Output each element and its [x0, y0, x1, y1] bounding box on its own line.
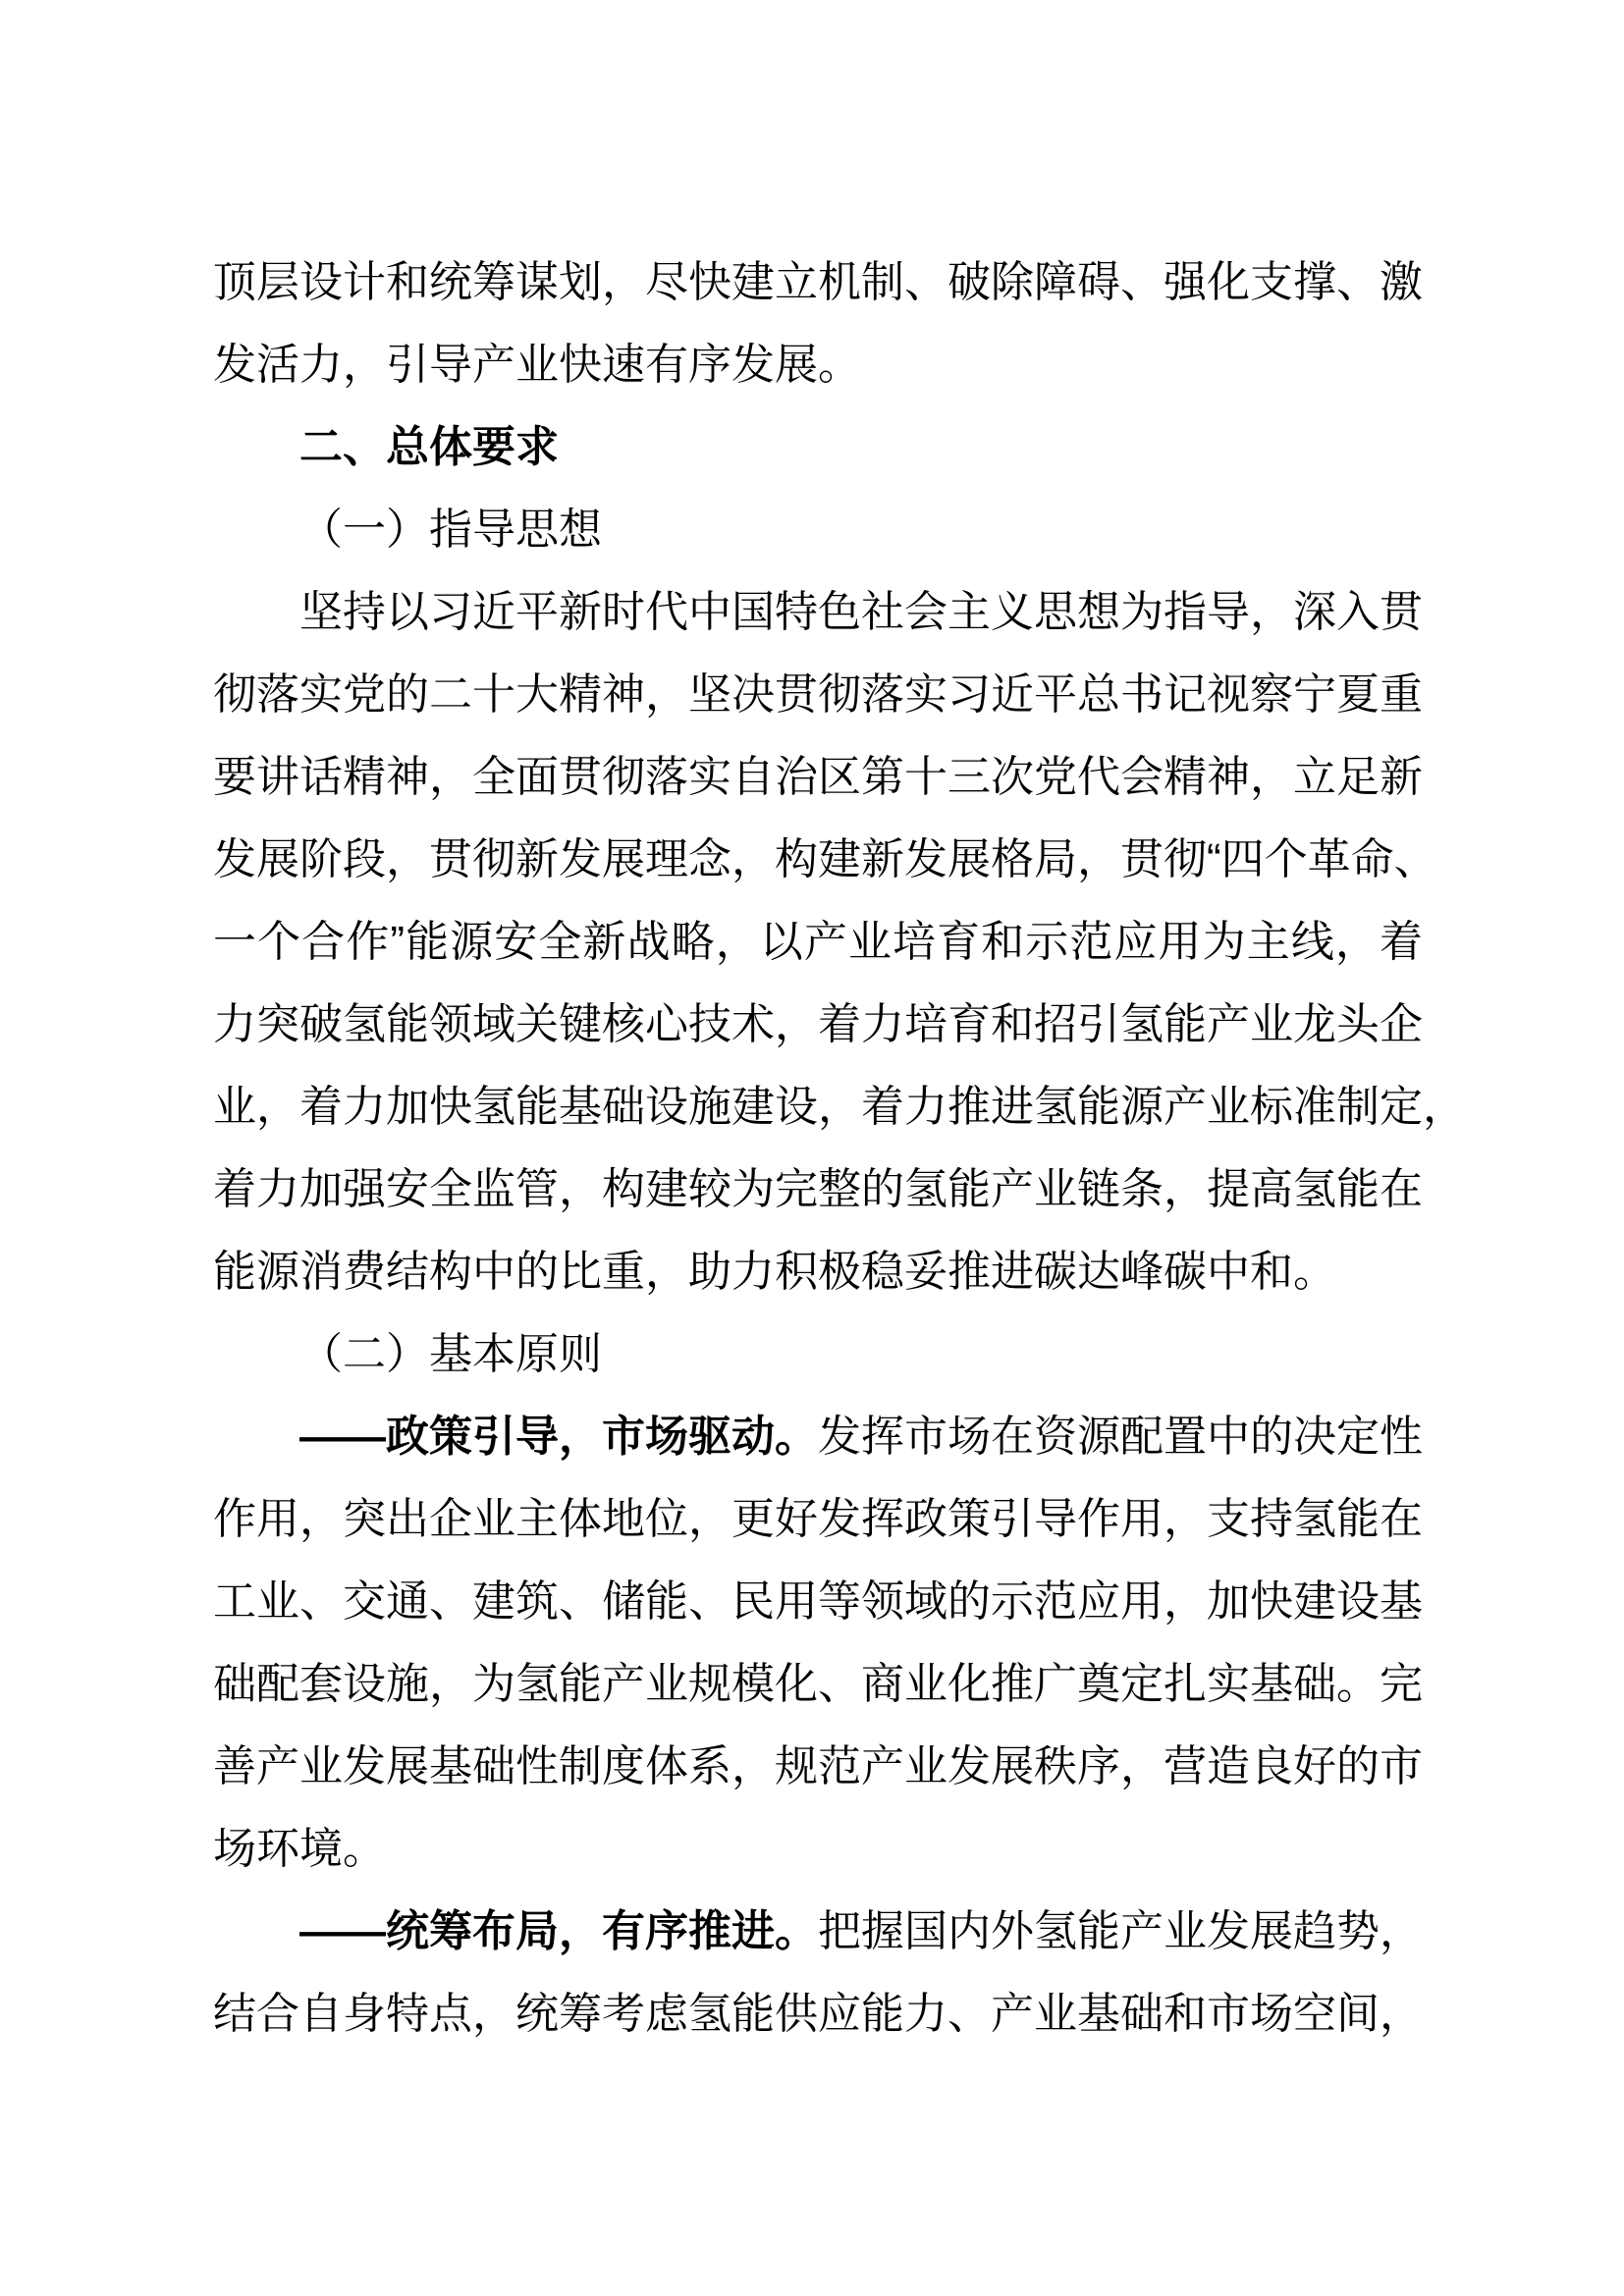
text-line: 力突破氢能领域关键核心技术，着力培育和招引氢能产业龙头企 — [213, 984, 1423, 1066]
text-run: 发展阶段，贯彻新发展理念，构建新发展格局，贯彻“四个革命、 — [213, 835, 1437, 883]
text-line: 要讲话精神，全面贯彻落实自治区第十三次党代会精神，立足新 — [213, 736, 1423, 819]
text-line: 善产业发展基础性制度体系，规范产业发展秩序，营造良好的市 — [213, 1726, 1423, 1808]
text-run: 坚持以习近平新时代中国特色社会主义思想为指导，深入贯 — [299, 588, 1423, 636]
text-line: 础配套设施，为氢能产业规模化、商业化推广奠定扎实基础。完 — [213, 1643, 1423, 1726]
heading-basic-principles: （二）基本原则 — [213, 1313, 1423, 1396]
document-page: { "page": { "background": "#ffffff", "te… — [0, 0, 1624, 2296]
text-line: 结合自身特点，统筹考虑氢能供应能力、产业基础和市场空间， — [213, 1973, 1423, 2056]
text-line: ——统筹布局，有序推进。把握国内外氢能产业发展趋势， — [213, 1891, 1423, 1973]
text-line: 着力加强安全监管，构建较为完整的氢能产业链条，提高氢能在 — [213, 1148, 1423, 1231]
text-run: 业，着力加快氢能基础设施建设，着力推进氢能源产业标准制定， — [213, 1083, 1466, 1131]
para-guiding-ideology: 坚持以习近平新时代中国特色社会主义思想为指导，深入贯彻落实党的二十大精神，坚决贯… — [213, 571, 1423, 1313]
text-run: 顶层设计和统筹谋划，尽快建立机制、破除障碍、强化支撑、激 — [213, 258, 1423, 306]
text-line: 作用，突出企业主体地位，更好发挥政策引导作用，支持氢能在 — [213, 1478, 1423, 1561]
text-run: ——政策引导，市场驱动。 — [299, 1413, 818, 1461]
para-policy-guidance-market-driven: ——政策引导，市场驱动。发挥市场在资源配置中的决定性作用，突出企业主体地位，更好… — [213, 1396, 1423, 1891]
text-line: ——政策引导，市场驱动。发挥市场在资源配置中的决定性 — [213, 1396, 1423, 1478]
text-line: 二、总体要求 — [213, 406, 1423, 489]
text-run: 发挥市场在资源配置中的决定性 — [818, 1413, 1423, 1461]
text-run: 力突破氢能领域关键核心技术，着力培育和招引氢能产业龙头企 — [213, 1000, 1423, 1048]
text-run: 能源消费结构中的比重，助力积极稳妥推进碳达峰碳中和。 — [213, 1248, 1336, 1296]
text-line: （二）基本原则 — [213, 1313, 1423, 1396]
text-run: 场环境。 — [213, 1825, 386, 1873]
text-run: ——统筹布局，有序推进。 — [299, 1907, 818, 1955]
text-line: 工业、交通、建筑、储能、民用等领域的示范应用，加快建设基 — [213, 1561, 1423, 1643]
text-line: 顶层设计和统筹谋划，尽快建立机制、破除障碍、强化支撑、激 — [213, 241, 1423, 324]
text-run: 础配套设施，为氢能产业规模化、商业化推广奠定扎实基础。完 — [213, 1660, 1423, 1708]
text-run: （一）指导思想 — [299, 506, 602, 554]
text-run: （二）基本原则 — [299, 1330, 602, 1378]
text-line: 业，着力加快氢能基础设施建设，着力推进氢能源产业标准制定， — [213, 1066, 1423, 1148]
para-top-design-carryover: 顶层设计和统筹谋划，尽快建立机制、破除障碍、强化支撑、激发活力，引导产业快速有序… — [213, 241, 1423, 406]
para-coordinated-layout-orderly-advance: ——统筹布局，有序推进。把握国内外氢能产业发展趋势，结合自身特点，统筹考虑氢能供… — [213, 1891, 1423, 2056]
text-run: 发活力，引导产业快速有序发展。 — [213, 341, 861, 389]
text-run: 二、总体要求 — [299, 423, 559, 471]
text-run: 工业、交通、建筑、储能、民用等领域的示范应用，加快建设基 — [213, 1577, 1423, 1626]
text-line: 能源消费结构中的比重，助力积极稳妥推进碳达峰碳中和。 — [213, 1231, 1423, 1313]
text-line: 发活力，引导产业快速有序发展。 — [213, 324, 1423, 406]
text-line: 场环境。 — [213, 1808, 1423, 1891]
document-text-block: 顶层设计和统筹谋划，尽快建立机制、破除障碍、强化支撑、激发活力，引导产业快速有序… — [213, 241, 1423, 2056]
text-line: 彻落实党的二十大精神，坚决贯彻落实习近平总书记视察宁夏重 — [213, 654, 1423, 736]
text-line: 坚持以习近平新时代中国特色社会主义思想为指导，深入贯 — [213, 571, 1423, 654]
text-run: 作用，突出企业主体地位，更好发挥政策引导作用，支持氢能在 — [213, 1495, 1423, 1543]
heading-guiding-ideology: （一）指导思想 — [213, 489, 1423, 571]
text-run: 彻落实党的二十大精神，坚决贯彻落实习近平总书记视察宁夏重 — [213, 670, 1423, 719]
page-canvas: 顶层设计和统筹谋划，尽快建立机制、破除障碍、强化支撑、激发活力，引导产业快速有序… — [0, 0, 1624, 2296]
heading-overall-requirements: 二、总体要求 — [213, 406, 1423, 489]
text-run: 要讲话精神，全面贯彻落实自治区第十三次党代会精神，立足新 — [213, 753, 1423, 801]
text-line: （一）指导思想 — [213, 489, 1423, 571]
text-line: 一个合作”能源安全新战略，以产业培育和示范应用为主线，着 — [213, 901, 1423, 984]
text-run: 善产业发展基础性制度体系，规范产业发展秩序，营造良好的市 — [213, 1742, 1423, 1790]
text-run: 结合自身特点，统筹考虑氢能供应能力、产业基础和市场空间， — [213, 1990, 1423, 2038]
text-run: 把握国内外氢能产业发展趋势， — [818, 1907, 1423, 1955]
text-run: 一个合作”能源安全新战略，以产业培育和示范应用为主线，着 — [213, 918, 1423, 966]
text-run: 着力加强安全监管，构建较为完整的氢能产业链条，提高氢能在 — [213, 1165, 1423, 1213]
text-line: 发展阶段，贯彻新发展理念，构建新发展格局，贯彻“四个革命、 — [213, 819, 1423, 901]
